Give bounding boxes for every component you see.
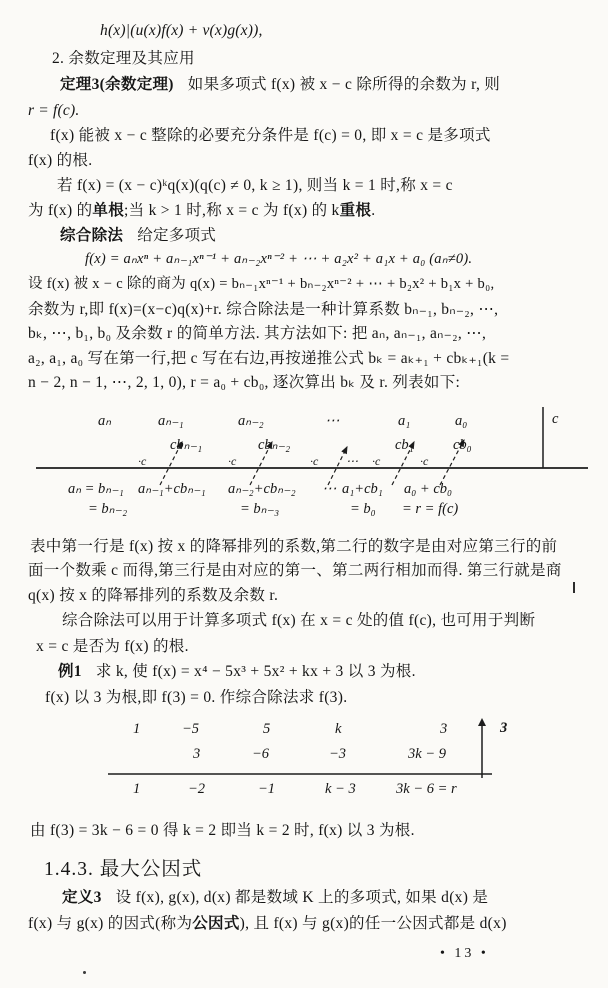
times-c-label: ·c [138, 455, 146, 467]
paragraph-line: 设 f(x) 被 x − c 除的商为 q(x) = bₙ₋₁xⁿ⁻¹ + bₙ… [28, 276, 494, 293]
paragraph-line: n − 2, n − 1, ⋯, 2, 1, 0), r = a₀ + cb₀,… [28, 374, 460, 393]
scan-artifact-tick [573, 582, 575, 593]
text-run: f(x) 与 g(x) 的因式(称为 [28, 915, 192, 932]
divisor-value: 3 [500, 721, 507, 736]
theorem-3-label: 定理3(余数定理) [60, 76, 174, 93]
ellipsis: ⋯ [325, 414, 340, 429]
paragraph-line: 为 f(x) 的单根;当 k > 1 时,称 x = c 为 f(x) 的 k重… [28, 202, 375, 221]
book-page: h(x)|(u(x)f(x) + v(x)g(x)), 2. 余数定理及其应用 … [0, 0, 608, 988]
paragraph-line: 面一个数乘 c 而得,第三行是由对应的第一、第二两行相加而得. 第三行就是商 [28, 562, 562, 581]
product-cell: cbₙ₋₁ [170, 438, 202, 453]
term-simple-root: 单根 [92, 202, 124, 219]
sum-cell: a₁+cb₁ [342, 482, 383, 497]
text-run: 给定多项式 [137, 227, 216, 244]
paragraph-line: bₖ, ⋯, b₁, b₀ 及余数 r 的简单方法. 其方法如下: 把 aₙ, … [28, 325, 486, 344]
coef-cell: aₙ₋₂ [238, 414, 264, 429]
term-multiple-root: 重根 [340, 202, 372, 219]
sum-cell: aₙ = bₙ₋₁ [68, 482, 124, 497]
times-c-label: ·c [372, 455, 380, 467]
result-cell: −2 [188, 782, 205, 797]
paragraph-line: 若 f(x) = (x − c)ᵏq(x)(q(c) ≠ 0, k ≥ 1), … [57, 177, 453, 196]
page-number: • 13 • [440, 946, 489, 962]
paragraph-line: f(x) 以 3 为根,即 f(3) = 0. 作综合除法求 f(3). [45, 689, 347, 708]
divisor-c: c [552, 412, 558, 427]
example-table-lines [100, 718, 540, 806]
paragraph-line: 综合除法可以用于计算多项式 f(x) 在 x = c 处的值 f(c), 也可用… [62, 612, 535, 631]
sum-cell: aₙ₋₂+cbₙ₋₂ [228, 482, 296, 497]
text-run: ;当 k > 1 时,称 x = c 为 f(x) 的 k [124, 202, 340, 219]
times-c-label: ·c [310, 455, 318, 467]
subsection-title: 2. 余数定理及其应用 [52, 50, 195, 69]
ellipsis: ⋯ [322, 482, 337, 497]
example-1-line: 例1求 k, 使 f(x) = x⁴ − 5x³ + 5x² + kx + 3 … [58, 663, 416, 682]
example-1-label: 例1 [58, 663, 82, 680]
result-cell: 3k − 6 = r [396, 782, 457, 797]
coef-cell: 1 [133, 722, 140, 737]
paragraph-line: q(x) 按 x 的降幂排列的系数及余数 r. [28, 587, 278, 606]
synthetic-division-scheme: aₙ aₙ₋₁ aₙ₋₂ ⋯ a₁ a₀ c cbₙ₋₁ cbₙ₋₂ cb₁ c… [30, 406, 590, 531]
sum-cell: aₙ₋₁+cbₙ₋₁ [138, 482, 206, 497]
formula-polynomial-f: f(x) = aₙxⁿ + aₙ₋₁xⁿ⁻¹ + aₙ₋₂xⁿ⁻² + ⋯ + … [85, 251, 472, 268]
conclusion-line: 由 f(3) = 3k − 6 = 0 得 k = 2 即当 k = 2 时, … [30, 822, 415, 841]
result-cell: = r = f(c) [402, 502, 458, 517]
coef-cell: aₙ₋₁ [158, 414, 184, 429]
theorem-3-text: 如果多项式 f(x) 被 x − c 除所得的余数为 r, 则 [188, 76, 500, 93]
theorem-3-line: 定理3(余数定理)如果多项式 f(x) 被 x − c 除所得的余数为 r, 则 [60, 76, 500, 95]
term-synthetic-division: 综合除法 [60, 227, 123, 244]
example-division-table: 1 −5 5 k 3 3 3 −6 −3 3k − 9 1 −2 −1 k − … [100, 718, 540, 806]
coef-cell: k [335, 722, 341, 737]
result-cell: k − 3 [325, 782, 356, 797]
result-cell: = bₙ₋₃ [240, 502, 279, 517]
definition-3-text: 设 f(x), g(x), d(x) 都是数域 K 上的多项式, 如果 d(x)… [116, 889, 489, 906]
result-cell: −1 [258, 782, 275, 797]
product-cell: −6 [252, 747, 269, 762]
paragraph-line: 表中第一行是 f(x) 按 x 的降幂排列的系数,第二行的数字是由对应第三行的前 [30, 538, 557, 557]
paragraph-line: 余数为 r,即 f(x)=(x−c)q(x)+r. 综合除法是一种计算系数 bₙ… [28, 301, 498, 320]
times-c-label: ·c [420, 455, 428, 467]
coef-cell: a₀ [455, 414, 467, 429]
paragraph-line: a₂, a₁, a₀ 写在第一行,把 c 写在右边,再按递推公式 bₖ = aₖ… [28, 350, 509, 369]
synthetic-division-intro: 综合除法给定多项式 [60, 227, 216, 246]
coef-cell: aₙ [98, 414, 111, 429]
definition-3-line: 定义3设 f(x), g(x), d(x) 都是数域 K 上的多项式, 如果 d… [62, 889, 488, 908]
paragraph-line: f(x) 的根. [28, 152, 92, 171]
definition-3-label: 定义3 [62, 889, 102, 906]
coef-cell: −5 [182, 722, 199, 737]
product-cell: cbₙ₋₂ [258, 438, 290, 453]
definition-3-continued: f(x) 与 g(x) 的因式(称为公因式), 且 f(x) 与 g(x)的任一… [28, 915, 507, 934]
product-cell: −3 [329, 747, 346, 762]
times-c-label: ·c [228, 455, 236, 467]
product-cell: cb₀ [453, 438, 472, 453]
coef-cell: 3 [440, 722, 447, 737]
result-cell: = b₀ [350, 502, 376, 517]
product-cell: 3 [193, 747, 200, 762]
sum-cell: a₀ + cb₀ [404, 482, 452, 497]
formula-r-equals-fc: r = f(c). [28, 102, 79, 121]
product-cell: cb₁ [395, 438, 414, 453]
scan-artifact-dot [83, 971, 86, 974]
example-1-text: 求 k, 使 f(x) = x⁴ − 5x³ + 5x² + kx + 3 以 … [96, 663, 416, 680]
coef-cell: a₁ [398, 414, 410, 429]
term-common-factor: 公因式 [192, 915, 239, 932]
result-cell: = bₙ₋₂ [88, 502, 127, 517]
paragraph-line: f(x) 能被 x − c 整除的必要充分条件是 f(c) = 0, 即 x =… [50, 127, 491, 146]
section-heading-1-4-3: 1.4.3. 最大公因式 [44, 853, 202, 881]
coef-cell: 5 [263, 722, 270, 737]
text-run: . [371, 202, 375, 219]
paragraph-line: x = c 是否为 f(x) 的根. [36, 638, 189, 657]
result-cell: 1 [133, 782, 140, 797]
product-cell: 3k − 9 [408, 747, 446, 762]
text-run: ), 且 f(x) 与 g(x)的任一公因式都是 d(x) [240, 915, 507, 932]
ellipsis: ⋯ [346, 455, 358, 467]
text-run: 为 f(x) 的 [28, 202, 92, 219]
formula-divisibility: h(x)|(u(x)f(x) + v(x)g(x)), [100, 22, 263, 41]
